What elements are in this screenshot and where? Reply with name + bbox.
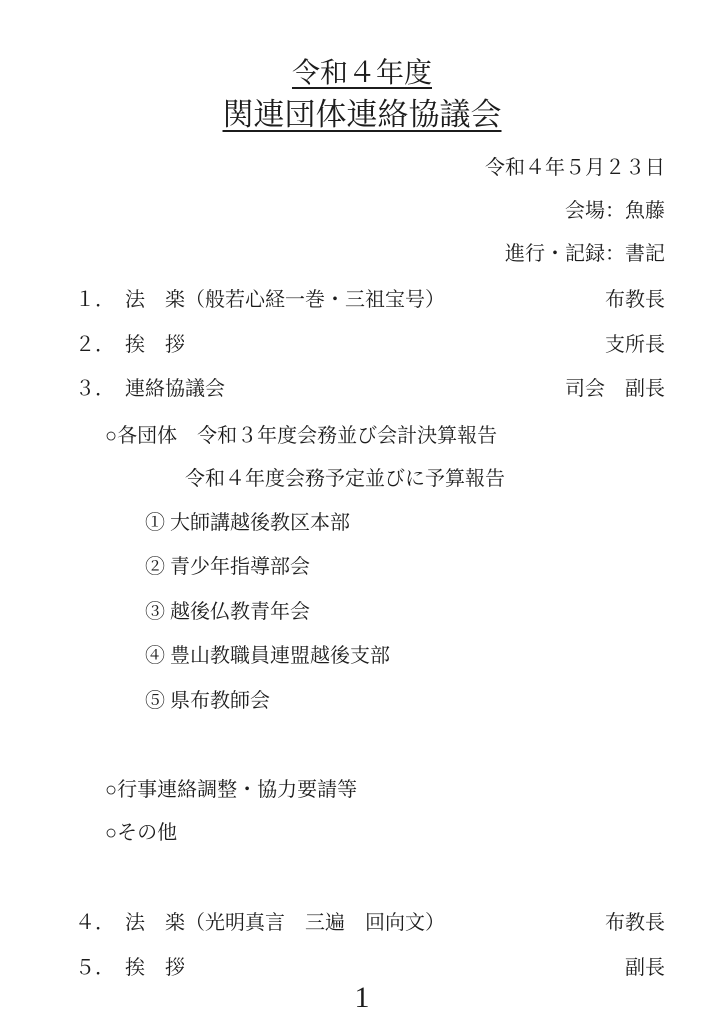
sub-item-other: ○その他 (105, 820, 177, 846)
group-item-4: ④ 豊山教職員連盟越後支部 (145, 643, 390, 669)
meeting-date: 令和４年５月２３日 (0, 155, 665, 181)
title-line2-text: 関連団体連絡協議会 (223, 97, 502, 132)
title-line1-text: 令和４年度 (292, 58, 432, 89)
group-item-1: ① 大師講越後教区本部 (145, 510, 350, 536)
agenda-item-1: １． 法 楽（般若心経一巻・三祖宝号） 布教長 (75, 287, 665, 313)
agenda-item-4: ４． 法 楽（光明真言 三遍 回向文） 布教長 (75, 910, 665, 936)
agenda-item-2-text: ２． 挨 拶 (75, 332, 185, 358)
agenda-item-4-text: ４． 法 楽（光明真言 三遍 回向文） (75, 910, 445, 936)
agenda-item-3: ３． 連絡協議会 司会 副長 (75, 376, 665, 402)
agenda-item-4-assignee: 布教長 (605, 910, 665, 936)
agenda-item-3-text: ３． 連絡協議会 (75, 376, 225, 402)
agenda-item-1-text: １． 法 楽（般若心経一巻・三祖宝号） (75, 287, 445, 313)
agenda-item-1-assignee: 布教長 (605, 287, 665, 313)
sub-item-groups-report-line2: 令和４年度会務予定並びに予算報告 (185, 466, 505, 492)
meeting-facilitator: 進行・記録：書記 (0, 241, 665, 267)
group-item-3: ③ 越後仏教青年会 (145, 599, 310, 625)
agenda-item-2-assignee: 支所長 (605, 332, 665, 358)
page-number: 1 (0, 978, 724, 1017)
sub-item-coordination: ○行事連絡調整・協力要請等 (105, 777, 357, 803)
agenda-item-3-assignee: 司会 副長 (565, 376, 665, 402)
document-title-year: 令和４年度 (0, 56, 724, 92)
group-item-2: ② 青少年指導部会 (145, 554, 310, 580)
document-title-main: 関連団体連絡協議会 (0, 95, 724, 135)
agenda-item-2: ２． 挨 拶 支所長 (75, 332, 665, 358)
document-page: 令和４年度 関連団体連絡協議会 令和４年５月２３日 会場：魚藤 進行・記録：書記… (0, 0, 724, 1024)
sub-item-groups-report-line1: ○各団体 令和３年度会務並び会計決算報告 (105, 423, 497, 449)
meeting-venue: 会場：魚藤 (0, 198, 665, 224)
group-item-5: ⑤ 県布教師会 (145, 688, 270, 714)
